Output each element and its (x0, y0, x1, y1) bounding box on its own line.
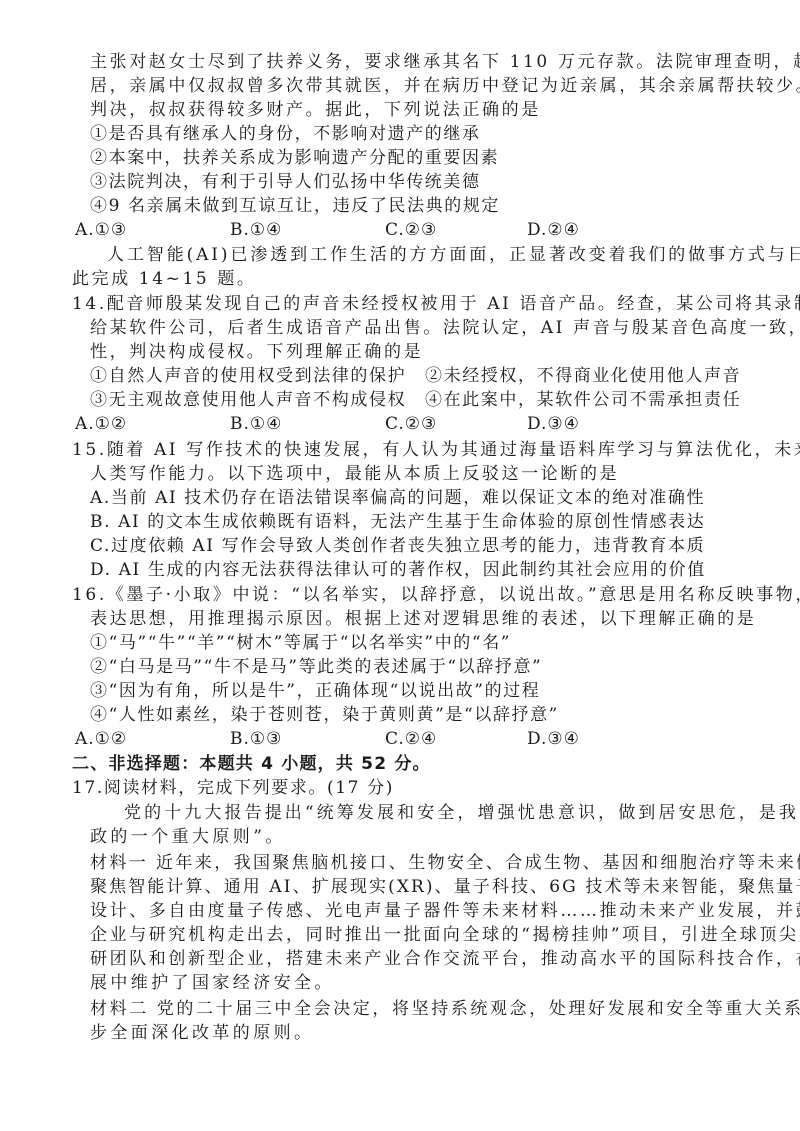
option-d: D.③④ (527, 412, 580, 436)
option-d: D.②④ (527, 218, 580, 242)
statement-1: ①自然人声音的使用权受到法律的保护 (90, 364, 406, 388)
material-2-line: 材料二 党的二十届三中全会决定，将坚持系统观念，处理好发展和安全等重大关系，作为… (90, 997, 800, 1021)
option-c: C.②④ (385, 727, 437, 751)
exam-page: 主张对赵女士尽到了扶养义务，要求继承其名下 110 万元存款。法院审理查明，赵女… (0, 0, 800, 1131)
intro-line: 政的一个重大原则”。 (90, 825, 286, 849)
intro-line: 党的十九大报告提出“统筹发展和安全，增强忧患意识，做到居安思危，是我们党治国理 (124, 801, 800, 825)
option-b: B. AI 的文本生成依赖既有语料，无法产生基于生命体验的原创性情感表达 (90, 510, 705, 534)
stem-line: 16.《墨子·小取》中说：“以名举实，以辞抒意，以说出故。”意思是用名称反映事物… (72, 583, 800, 607)
statement-4: ④9 名亲属未做到互谅互让，违反了民法典的规定 (90, 194, 500, 218)
option-b: B.①④ (230, 218, 282, 242)
material-1-line: 企业与研究机构走出去，同时推出一批面向全球的“揭榜挂帅”项目，引进全球顶尖人才、… (90, 923, 800, 947)
material-1-line: 聚焦智能计算、通用 AI、扩展现实(XR)、量子科技、6G 技术等未来智能，聚焦… (90, 875, 800, 899)
stem-line: 性，判决构成侵权。下列理解正确的是 (90, 340, 423, 364)
material-1-line: 设计、多自由度量子传感、光电声量子器件等未来材料……推动未来产业发展，并鼓励高科… (90, 899, 800, 923)
material-1-line: 展中维护了国家经济安全。 (90, 971, 335, 995)
section-heading: 二、非选择题：本题共 4 小题，共 52 分。 (72, 752, 431, 776)
stem-line: 给某软件公司，后者生成语音产品出售。法院认定，AI 声音与殷某音色高度一致，具有… (90, 316, 800, 340)
option-a: A.当前 AI 技术仍存在语法错误率偏高的问题，难以保证文本的绝对准确性 (90, 486, 705, 510)
option-b: B.①④ (230, 412, 282, 436)
option-a: A.①② (75, 412, 127, 436)
statement-4: ④“人性如素丝，染于苍则苍，染于黄则黄”是“以辞抒意” (90, 703, 559, 727)
option-c: C.②③ (385, 412, 437, 436)
intro-line: 人工智能(AI)已渗透到工作生活的方方面面，正显著改变着我们的做事方式与日常体验… (107, 243, 800, 267)
statement-2: ②本案中，扶养关系成为影响遗产分配的重要因素 (90, 146, 499, 170)
stem-line: 人类写作能力。以下选项中，最能从本质上反驳这一论断的是 (90, 462, 619, 486)
stem-line: 17.阅读材料，完成下列要求。(17 分) (72, 776, 394, 800)
statement-3: ③“因为有角，所以是牛”，正确体现“以说出故”的过程 (90, 679, 540, 703)
stem-line: 表达思想，用推理揭示原因。根据上述对逻辑思维的表述，以下理解正确的是 (90, 607, 756, 631)
statement-1: ①是否具有继承人的身份，不影响对遗产的继承 (90, 122, 481, 146)
option-c: C.过度依赖 AI 写作会导致人类创作者丧失独立思考的能力，违背教育本质 (90, 534, 705, 558)
option-d: D.③④ (527, 727, 580, 751)
statement-3: ③无主观故意使用他人声音不构成侵权 (90, 388, 406, 412)
option-a: A.①② (75, 727, 127, 751)
statement-1: ①“马”“牛”“羊”“树木”等属于“以名举实”中的“名” (90, 631, 511, 655)
option-c: C.②③ (385, 218, 437, 242)
statement-2: ②未经授权，不得商业化使用他人声音 (425, 364, 741, 388)
stem-line: 14.配音师殷某发现自己的声音未经授权被用于 AI 语音产品。经查，某公司将其录… (72, 292, 800, 316)
stem-line: 15.随着 AI 写作技术的快速发展，有人认为其通过海量语料库学习与算法优化，未… (72, 438, 800, 462)
material-2-line: 步全面深化改革的原则。 (90, 1021, 314, 1045)
material-1-line: 研团队和创新型企业，搭建未来产业合作交流平台，推动高水平的国际科技合作，在高质量… (90, 947, 800, 971)
material-1-line: 材料一 近年来，我国聚焦脑机接口、生物安全、合成生物、基因和细胞治疗等未来健康产… (90, 851, 800, 875)
option-d: D. AI 生成的内容无法获得法律认可的著作权，因此制约其社会应用的价值 (90, 558, 706, 582)
statement-3: ③法院判决，有利于引导人们弘扬中华传统美德 (90, 170, 481, 194)
intro-line: 此完成 14~15 题。 (72, 267, 257, 291)
stem-line: 主张对赵女士尽到了扶养义务，要求继承其名下 110 万元存款。法院审理查明，赵女… (90, 50, 800, 74)
stem-line: 居，亲属中仅叔叔曾多次带其就医，并在病历中登记为近亲属，其余亲属帮扶较少。最终法… (90, 74, 800, 98)
option-a: A.①③ (75, 218, 127, 242)
stem-line: 判决，叔叔获得较多财产。据此，下列说法正确的是 (90, 98, 541, 122)
statement-4: ④在此案中，某软件公司不需承担责任 (425, 388, 741, 412)
option-b: B.①③ (230, 727, 282, 751)
statement-2: ②“白马是马”“牛不是马”等此类的表述属于“以辞抒意” (90, 655, 542, 679)
